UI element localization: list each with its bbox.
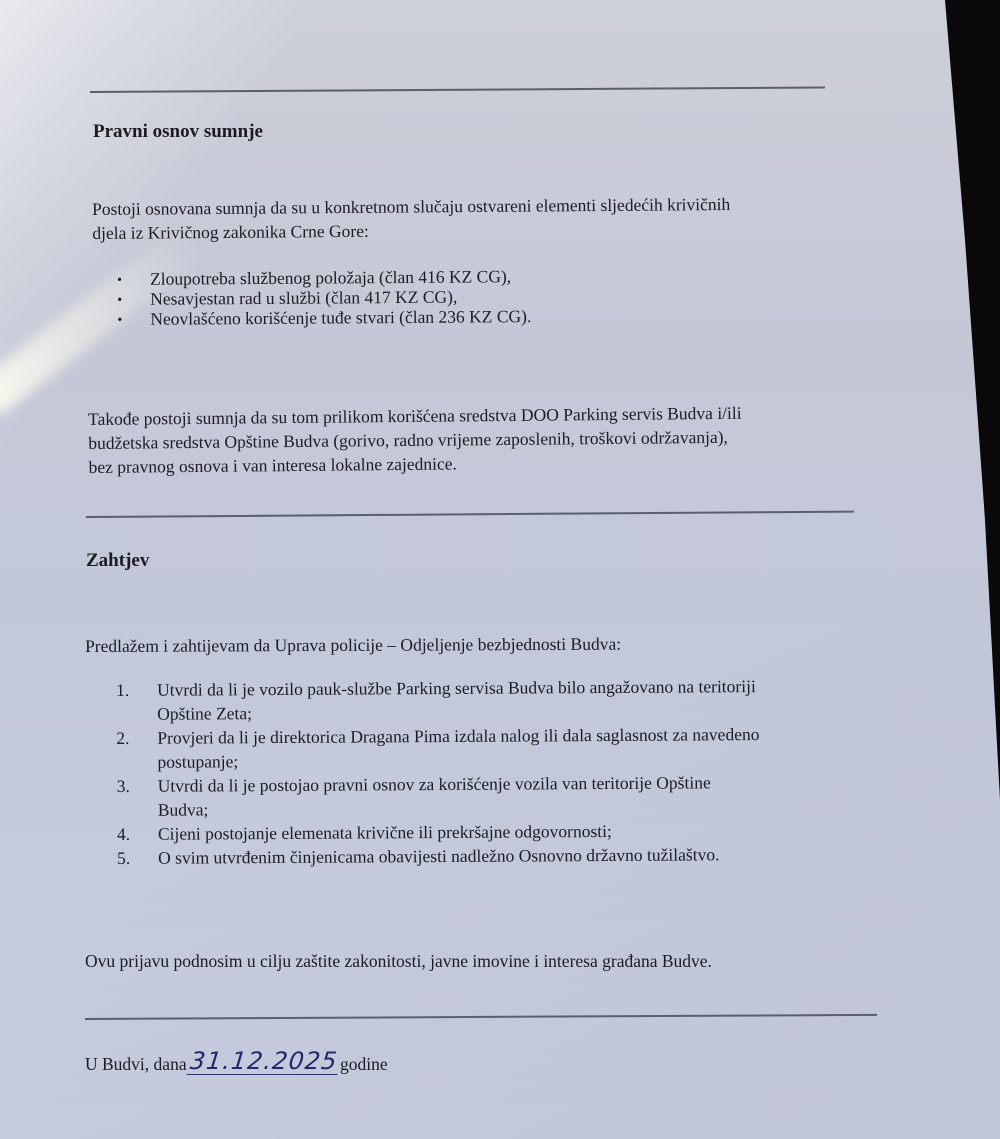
offence-item: Neovlašćeno korišćenje tuđe stvari (član… xyxy=(117,306,531,329)
signature-line: U Budvi, dana 31.12.2025 godine xyxy=(85,1048,388,1075)
request-intro: Predlažem i zahtijevam da Uprava policij… xyxy=(85,632,621,658)
closing-statement: Ovu prijavu podnosim u cilju zaštite zak… xyxy=(85,949,712,973)
year-suffix: godine xyxy=(340,1054,388,1075)
request-item: 1. Utvrdi da li je vozilo pauk-službe Pa… xyxy=(116,674,759,726)
request-number: 4. xyxy=(117,822,130,846)
request-item: 2. Provjeri da li je direktorica Dragana… xyxy=(116,722,759,774)
request-text-cont: Opštine Zeta; xyxy=(157,698,759,726)
request-text: Cijeni postojanje elemenata krivične ili… xyxy=(158,818,760,846)
suspicion-line-3: bez pravnog osnova i van interesa lokaln… xyxy=(88,449,742,479)
request-item: 5. O svim utvrđenim činjenicama obavijes… xyxy=(117,842,760,870)
request-text-cont: postupanje; xyxy=(157,746,759,774)
intro-line-2: djela iz Krivičnog zakonika Crne Gore: xyxy=(92,216,730,245)
requests-list: 1. Utvrdi da li je vozilo pauk-službe Pa… xyxy=(116,674,760,870)
request-number: 3. xyxy=(117,774,130,798)
request-item: 3. Utvrdi da li je postojao pravni osnov… xyxy=(117,770,760,822)
handwritten-date: 31.12.2025 xyxy=(186,1048,340,1075)
request-text: Provjeri da li je direktorica Dragana Pi… xyxy=(157,722,759,750)
request-number: 1. xyxy=(116,678,129,702)
request-text: Utvrdi da li je postojao pravni osnov za… xyxy=(158,770,760,798)
divider-top xyxy=(90,87,825,93)
request-number: 2. xyxy=(116,726,129,750)
offences-list: Zloupotreba službenog položaja (član 416… xyxy=(117,266,531,329)
request-text-cont: Budva; xyxy=(158,794,760,822)
request-text: Utvrdi da li je vozilo pauk-službe Parki… xyxy=(157,674,759,702)
document: Pravni osnov sumnje Postoji osnovana sum… xyxy=(0,0,1000,1139)
additional-suspicion-paragraph: Takođe postoji sumnja da su tom prilikom… xyxy=(88,401,742,479)
divider-bottom xyxy=(85,1014,877,1020)
section-heading-request: Zahtjev xyxy=(86,550,149,572)
request-number: 5. xyxy=(117,846,130,870)
divider-middle xyxy=(86,511,854,518)
section-heading-legal-basis: Pravni osnov sumnje xyxy=(93,121,263,143)
intro-paragraph: Postoji osnovana sumnja da su u konkretn… xyxy=(92,192,731,245)
intro-line-1: Postoji osnovana sumnja da su u konkretn… xyxy=(92,192,730,221)
place-label: U Budvi, dana xyxy=(85,1054,187,1075)
request-text: O svim utvrđenim činjenicama obavijesti … xyxy=(158,842,760,870)
